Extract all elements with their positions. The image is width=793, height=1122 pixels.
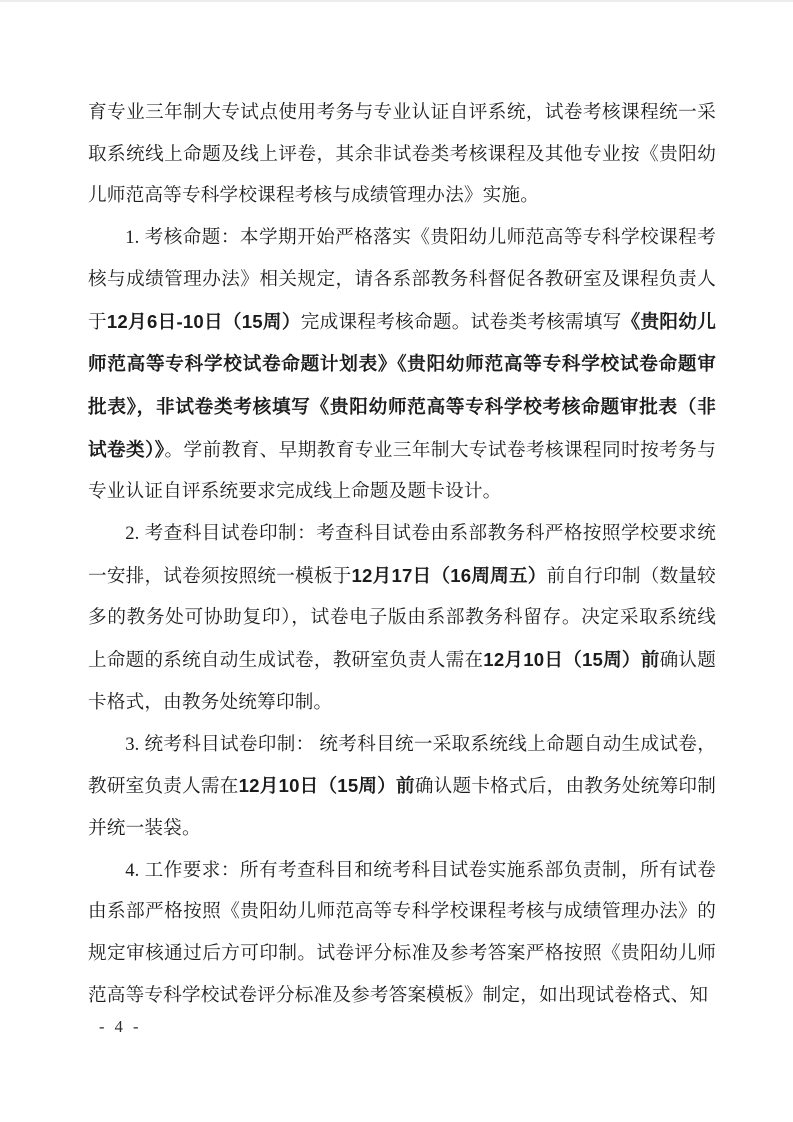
- text-run-bold: 12月17日（16周周五）: [352, 565, 547, 586]
- paragraph: 3. 统考科目试卷印制： 统考科目统一采取系统线上命题自动生成试卷，教研室负责人…: [88, 724, 716, 850]
- text-run-bold: 12月10日（15周）前: [239, 775, 415, 796]
- text-run-bold: 12月10日（15周）前: [483, 649, 659, 670]
- text-run: 4. 工作要求：所有考查科目和统考科目试卷实施系部负责制，所有试卷由系部严格按照…: [88, 860, 716, 1006]
- paragraph: 1. 考核命题：本学期开始严格落实《贵阳幼儿师范高等专科学校课程考核与成绩管理办…: [88, 217, 716, 513]
- document-page: 育专业三年制大专试点使用考务与专业认证自评系统，试卷考核课程统一采取系统线上命题…: [0, 0, 793, 1122]
- text-block: 育专业三年制大专试点使用考务与专业认证自评系统，试卷考核课程统一采取系统线上命题…: [88, 92, 716, 1016]
- paragraph: 2. 考查科目试卷印制：考查科目试卷由系部教务科严格按照学校要求统一安排，试卷须…: [88, 513, 716, 724]
- text-run: 。学前教育、早期教育专业三年制大专试卷考核课程同时按考务与专业认证自评系统要求完…: [88, 440, 716, 503]
- page-number: - 4 -: [99, 1015, 142, 1039]
- text-run: 育专业三年制大专试点使用考务与专业认证自评系统，试卷考核课程统一采取系统线上命题…: [88, 102, 716, 206]
- text-run-bold: 12月6日-10日（15周）: [107, 311, 301, 332]
- text-run: 完成课程考核命题。试卷类考核需填写: [301, 312, 622, 333]
- paragraph: 育专业三年制大专试点使用考务与专业认证自评系统，试卷考核课程统一采取系统线上命题…: [88, 92, 716, 217]
- paragraph: 4. 工作要求：所有考查科目和统考科目试卷实施系部负责制，所有试卷由系部严格按照…: [88, 850, 716, 1017]
